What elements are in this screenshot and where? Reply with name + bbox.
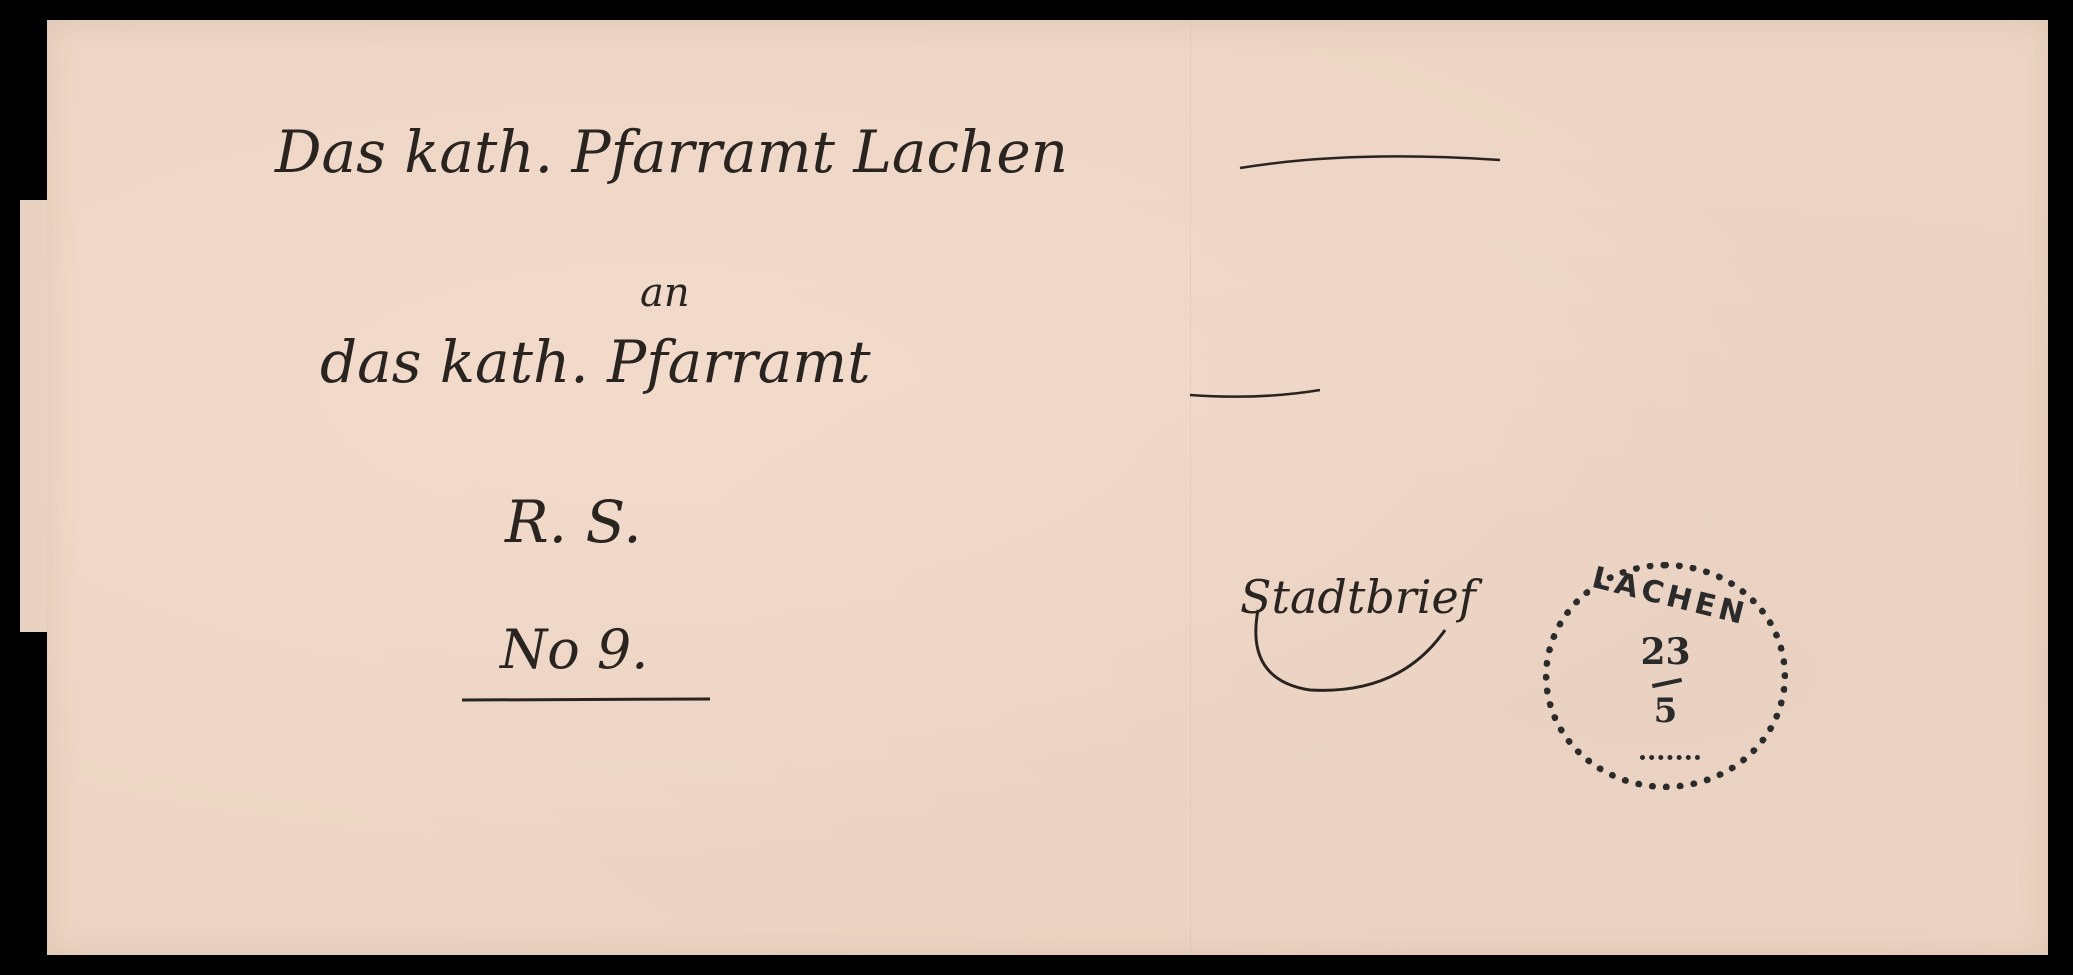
postmark-ornament — [1640, 747, 1700, 760]
postmark-divider — [1652, 678, 1682, 688]
postmark-day: 23 — [1550, 631, 1781, 673]
lachen-postmark: LACHEN 23 5 — [1543, 562, 1788, 790]
postmark-month: 5 — [1550, 691, 1781, 731]
pen-strokes — [0, 0, 2073, 975]
